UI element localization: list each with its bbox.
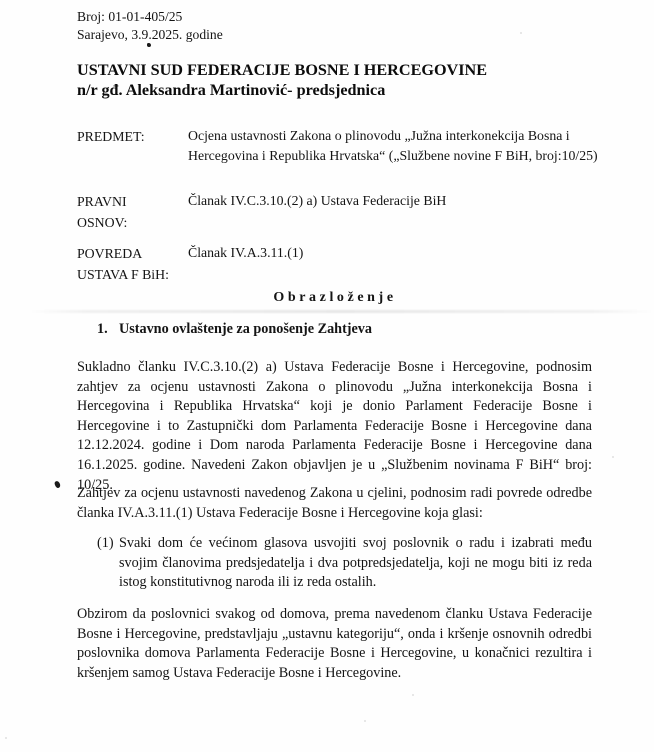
legal-basis-value: Članak IV.C.3.10.(2) a) Ustava Federacij…	[188, 191, 446, 211]
paragraph-conclusion: Obzirom da poslovnici svakog od domova, …	[77, 605, 592, 683]
addressee-institution: USTAVNI SUD FEDERACIJE BOSNE I HERCEGOVI…	[77, 60, 487, 80]
legal-basis-label: PRAVNI OSNOV:	[77, 191, 127, 233]
subject-label: PREDMET:	[77, 126, 145, 147]
section-title: Obrazloženje	[0, 290, 654, 306]
subsection-number: 1.	[97, 320, 119, 338]
legal-basis-label-line-2: OSNOV:	[77, 212, 127, 233]
scan-dust	[520, 32, 522, 34]
subsection-title: Ustavno ovlaštenje za ponošenje Zahtjeva	[119, 321, 372, 337]
paragraph-legal-authority: Sukladno članku IV.C.3.10.(2) a) Ustava …	[77, 358, 592, 495]
scan-dust	[364, 720, 366, 722]
subject-value-line-2: Hercegovina i Republika Hrvatska“ („Služ…	[188, 146, 598, 166]
scan-dust	[412, 694, 414, 696]
legal-basis-label-line-1: PRAVNI	[77, 191, 127, 212]
subject-value: Ocjena ustavnosti Zakona o plinovodu „Ju…	[188, 126, 598, 166]
subsection-heading: 1.Ustavno ovlaštenje za ponošenje Zahtje…	[97, 320, 372, 338]
subject-value-line-1: Ocjena ustavnosti Zakona o plinovodu „Ju…	[188, 126, 598, 146]
violation-label-line-2: USTAVA F BiH:	[77, 264, 169, 285]
violation-value: Članak IV.A.3.11.(1)	[188, 243, 303, 263]
scan-dust	[612, 456, 614, 458]
scan-dust	[5, 737, 7, 739]
addressee-person: n/r gđ. Aleksandra Martinović- predsjedn…	[77, 80, 385, 100]
quoted-article-marker: (1)	[97, 534, 119, 554]
violation-label: POVREDA USTAVA F BiH:	[77, 243, 169, 285]
scan-speck	[147, 43, 151, 47]
reference-number: Broj: 01-01-405/25	[77, 8, 182, 26]
reference-date: Sarajevo, 3.9.2025. godine	[77, 26, 223, 44]
violation-label-line-1: POVREDA	[77, 243, 169, 264]
quoted-article-item: (1)Svaki dom će većinom glasova usvojiti…	[97, 534, 592, 593]
paragraph-request-scope: Zahtjev za ocjenu ustavnosti navedenog Z…	[77, 484, 592, 523]
quoted-article-text: Svaki dom će većinom glasova usvojiti sv…	[119, 535, 592, 590]
document-page: Broj: 01-01-405/25 Sarajevo, 3.9.2025. g…	[0, 0, 654, 752]
scan-smudge	[30, 310, 654, 313]
scan-speck	[54, 480, 61, 488]
